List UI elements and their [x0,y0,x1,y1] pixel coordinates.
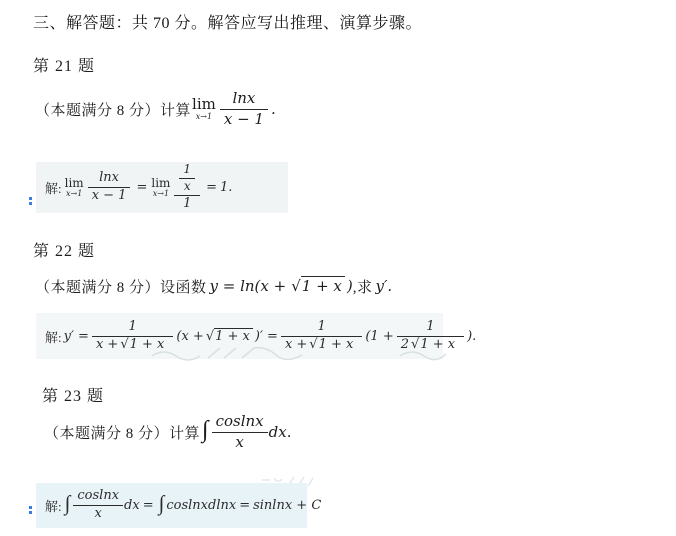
cursor-artifact [29,197,33,207]
question-23-solution-box: 解: ∫ coslnx x dx = ∫ coslnxdlnx = sinlnx… [36,483,307,528]
fraction: lnx x − 1 [220,90,268,128]
nested-fraction: 1 x 1 [174,163,200,212]
q22-sol-expression: (1 + [365,329,393,344]
integral-sign: ∫ [65,493,71,514]
equals-sign: = [206,180,217,195]
question-21-stem: （本题满分 8 分）计算 lim x→1 lnx x − 1 . [35,88,276,130]
question-22-label: 第 22 题 [33,238,95,261]
q23-sol-term: dx [124,498,140,513]
q23-sol-term: coslnxdlnx [166,498,236,513]
integral-sign: ∫ [202,418,209,442]
section-title: 三、解答题：共 70 分。解答应写出推理、演算步骤。 [33,10,422,33]
equals-sign: = [239,498,250,513]
q22-expression: y = ln(x + [210,277,287,295]
q23-stem-tail: dx. [269,423,292,441]
q23-sol-result: sinlnx + C [253,498,321,513]
solution-lead: 解: [45,327,62,346]
solution-lead: 解: [45,178,62,197]
fraction: lnx x − 1 [88,171,131,204]
integral-sign: ∫ [159,493,165,514]
q22-sol-expression: (x + [176,329,203,344]
q22-sol-expression: )′ = [255,329,278,344]
fraction: coslnx x [212,413,268,451]
question-21-label: 第 21 题 [33,53,95,76]
q22-stem-prefix: （本题满分 8 分）设函数 [35,276,207,297]
cursor-artifact [29,506,33,516]
limit-operator: lim x→1 [151,177,170,199]
limit-operator: lim x→1 [192,97,216,122]
document-page: 三、解答题：共 70 分。解答应写出推理、演算步骤。 第 21 题 （本题满分 … [0,0,676,536]
question-23-label: 第 23 题 [42,383,104,406]
q22-comma: ,求 [353,276,373,297]
solution-lead: 解: [45,496,62,515]
q22-sol-expression: y′ = [64,329,89,344]
limit-operator: lim x→1 [65,177,84,199]
equals-sign: = [136,180,147,195]
scan-watermark-scribble [150,346,450,362]
q22-sol-expression: ). [467,329,476,344]
q23-stem-prefix: （本题满分 8 分）计算 [44,422,200,443]
equals-sign: = [143,498,154,513]
inner-fraction: 1 x [179,163,195,194]
fraction: coslnx x [73,489,123,522]
question-22-stem: （本题满分 8 分）设函数 y = ln(x + √1 + x ) ,求 y′. [35,272,395,300]
q21-stem-tail: . [271,100,276,118]
question-21-solution-box: 解: lim x→1 lnx x − 1 = lim x→1 1 x 1 = 1… [36,162,288,213]
question-23-stem: （本题满分 8 分）计算 ∫ coslnx x dx. [44,412,291,452]
q21-stem-prefix: （本题满分 8 分）计算 [35,99,191,120]
square-root: √1 + x [206,329,253,344]
q22-target: y′. [376,277,393,295]
solution-result: 1. [220,180,232,195]
square-root: √1 + x [291,277,345,295]
